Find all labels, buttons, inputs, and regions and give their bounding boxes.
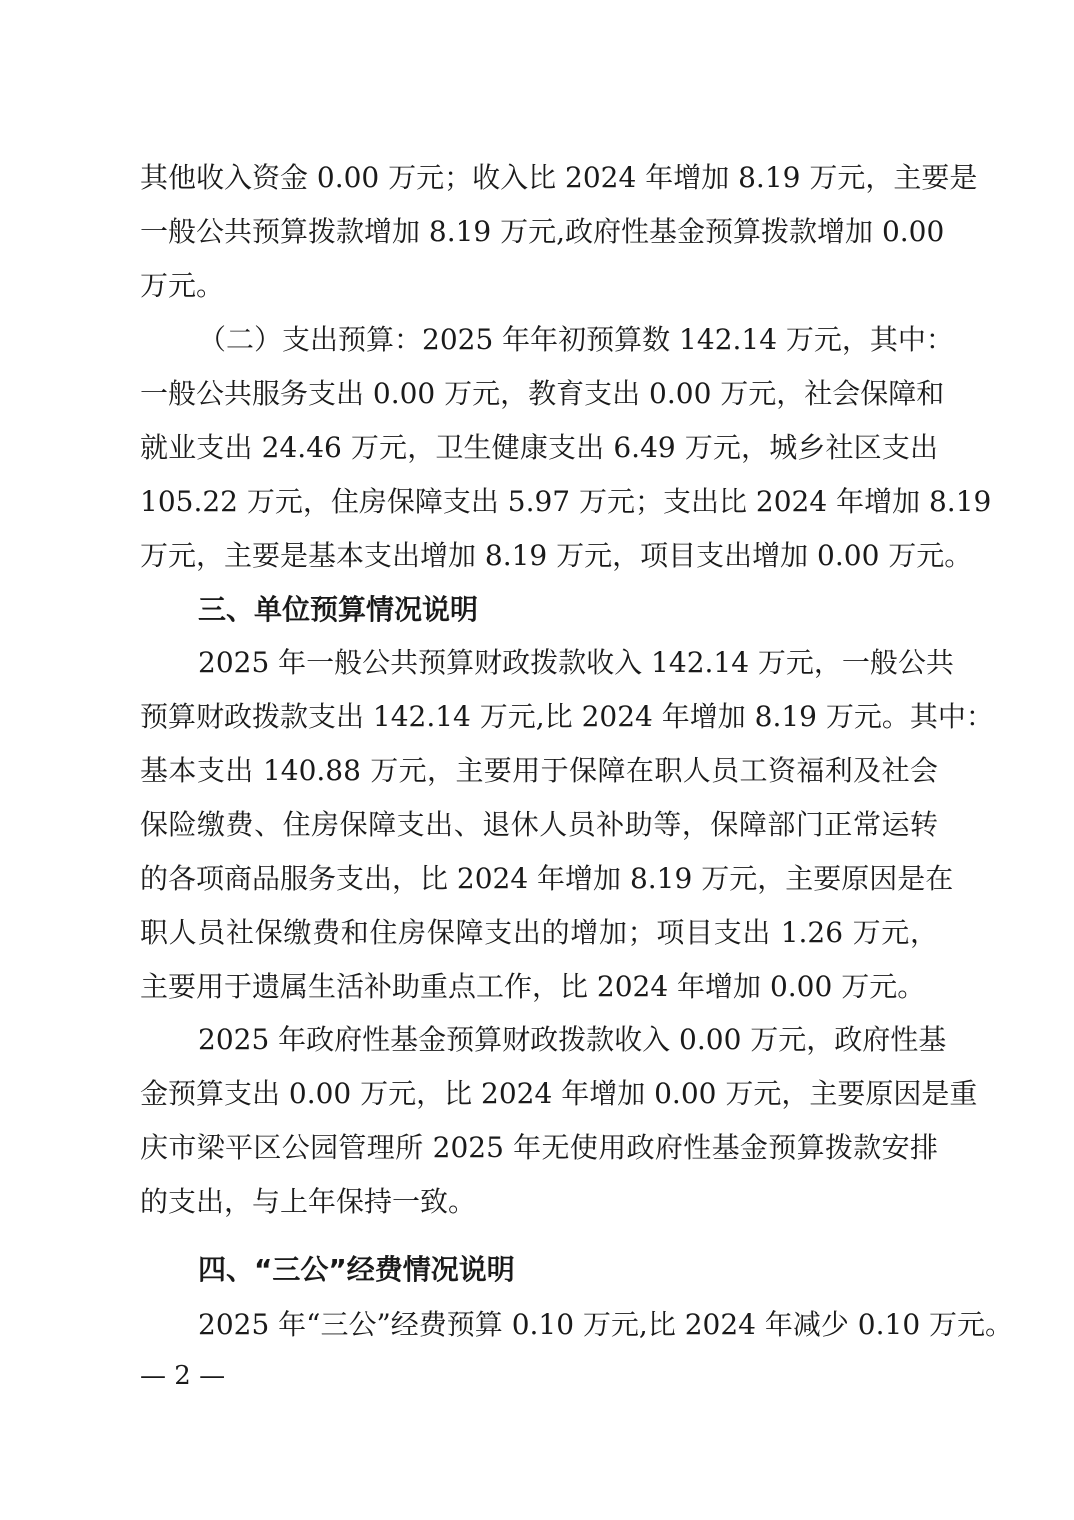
paragraph-line: 就业支出 24.46 万元，卫生健康支出 6.49 万元，城乡社区支出 [140, 428, 938, 468]
paragraph-line: 一般公共预算拨款增加 8.19 万元,政府性基金预算拨款增加 0.00 [140, 212, 938, 252]
paragraph-line: 的支出，与上年保持一致。 [140, 1182, 938, 1222]
paragraph-line: 职人员社保缴费和住房保障支出的增加；项目支出 1.26 万元， [140, 913, 938, 953]
section-heading: 四、“三公”经费情况说明 [198, 1250, 515, 1290]
paragraph-line: 万元。 [140, 266, 938, 306]
paragraph-line: 金预算支出 0.00 万元，比 2024 年增加 0.00 万元，主要原因是重 [140, 1074, 938, 1114]
paragraph-line: 预算财政拨款支出 142.14 万元,比 2024 年增加 8.19 万元。其中… [140, 697, 938, 737]
page-number: — 2 — [140, 1358, 225, 1394]
paragraph-line: 2025 年“三公”经费预算 0.10 万元,比 2024 年减少 0.10 万… [198, 1305, 938, 1345]
paragraph-line: 万元，主要是基本支出增加 8.19 万元，项目支出增加 0.00 万元。 [140, 536, 938, 576]
paragraph-line: 其他收入资金 0.00 万元；收入比 2024 年增加 8.19 万元，主要是 [140, 158, 938, 198]
document-page: 其他收入资金 0.00 万元；收入比 2024 年增加 8.19 万元，主要是 … [0, 0, 1074, 1520]
paragraph-line: 的各项商品服务支出，比 2024 年增加 8.19 万元，主要原因是在 [140, 859, 938, 899]
paragraph-line: 105.22 万元，住房保障支出 5.97 万元；支出比 2024 年增加 8.… [140, 482, 938, 522]
paragraph-line: 保险缴费、住房保障支出、退休人员补助等，保障部门正常运转 [140, 805, 938, 845]
paragraph-line: 2025 年政府性基金预算财政拨款收入 0.00 万元，政府性基 [198, 1020, 938, 1060]
paragraph-line: 基本支出 140.88 万元，主要用于保障在职人员工资福利及社会 [140, 751, 938, 791]
paragraph-line: 庆市梁平区公园管理所 2025 年无使用政府性基金预算拨款安排 [140, 1128, 938, 1168]
paragraph-line: 一般公共服务支出 0.00 万元，教育支出 0.00 万元，社会保障和 [140, 374, 938, 414]
section-heading: 三、单位预算情况说明 [198, 590, 478, 630]
paragraph-line: （二）支出预算：2025 年年初预算数 142.14 万元，其中： [198, 320, 938, 360]
paragraph-line: 主要用于遗属生活补助重点工作，比 2024 年增加 0.00 万元。 [140, 967, 938, 1007]
paragraph-line: 2025 年一般公共预算财政拨款收入 142.14 万元，一般公共 [198, 643, 938, 683]
